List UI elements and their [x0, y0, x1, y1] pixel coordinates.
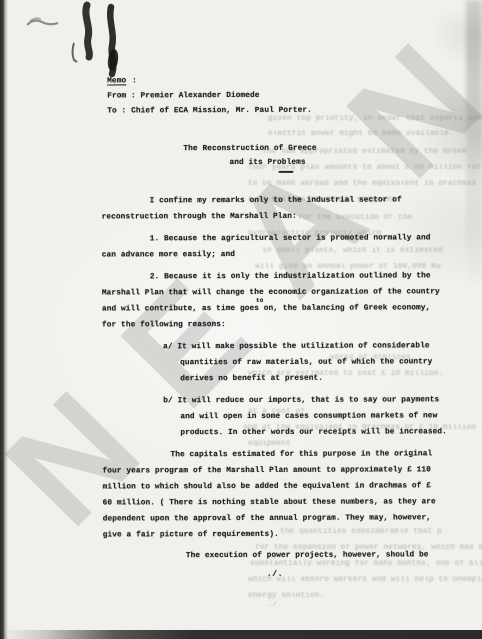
typed-line: I confine my remarks only to the industr…: [150, 195, 402, 206]
right-edge-smudge: [466, 0, 482, 290]
typed-line: and will open in some cases consumption …: [180, 411, 437, 422]
typed-line: and its Problems: [229, 158, 305, 168]
typed-line: b/ It will reduce our imports, that is t…: [163, 395, 439, 406]
typed-line: Marshall Plan that will change the econo…: [102, 287, 440, 298]
typed-line: The execution of power projects, however…: [186, 550, 429, 561]
ink-stroke-left: [86, 5, 90, 57]
inserted-word: to: [256, 297, 263, 304]
typewritten-text-layer: Memo:From : Premier Alexander DiomedeTo …: [0, 0, 482, 639]
typed-line: products. In other words our receipts wi…: [180, 427, 447, 438]
scanned-memo-page: NEAN given top priority, in order that e…: [0, 0, 482, 639]
bottom-page-edge: [0, 630, 482, 639]
typed-line: dependent upon the approval of the annua…: [103, 513, 431, 524]
title-underline-rule: [278, 171, 293, 173]
typed-line: million to which should also be added th…: [103, 481, 431, 492]
typed-line: for the following reasons:: [102, 320, 226, 330]
typed-line: and will contribute, as time goes on, th…: [102, 303, 430, 314]
typed-line: To : Chief of ECA Mission, Mr. Paul Port…: [107, 106, 312, 117]
pencil-squiggle: [27, 21, 58, 25]
typed-line: The capitals estimated for this purpose …: [170, 449, 432, 460]
typed-line: 1. Because the agricultural sector is pr…: [150, 233, 431, 244]
typed-line: ./.: [267, 570, 283, 580]
typed-line: The Reconstruction of Greece: [183, 144, 316, 154]
typed-line: quantities of raw materials, out of whic…: [180, 357, 432, 368]
typed-line: a/ It will make possible the utilization…: [163, 341, 430, 352]
typed-line: From : Premier Alexander Diomede: [107, 91, 259, 102]
typed-line: 2. Because it is only the industrializat…: [150, 271, 431, 282]
typed-line: can advance more easily; and: [102, 250, 235, 260]
typed-line: give a fair picture of requirements).: [103, 530, 279, 541]
staple-ink-marks: [0, 0, 150, 90]
typed-line: reconstruction through the Marshall Plan…: [102, 212, 297, 223]
typed-line: 60 million. ( There is nothing stable ab…: [103, 497, 436, 508]
left-page-edge: [0, 0, 8, 639]
typed-line: four years program of the Marshall Plan …: [103, 465, 431, 476]
small-ink-mark: [73, 43, 78, 62]
typed-line: derives no benefit at present.: [180, 374, 323, 384]
